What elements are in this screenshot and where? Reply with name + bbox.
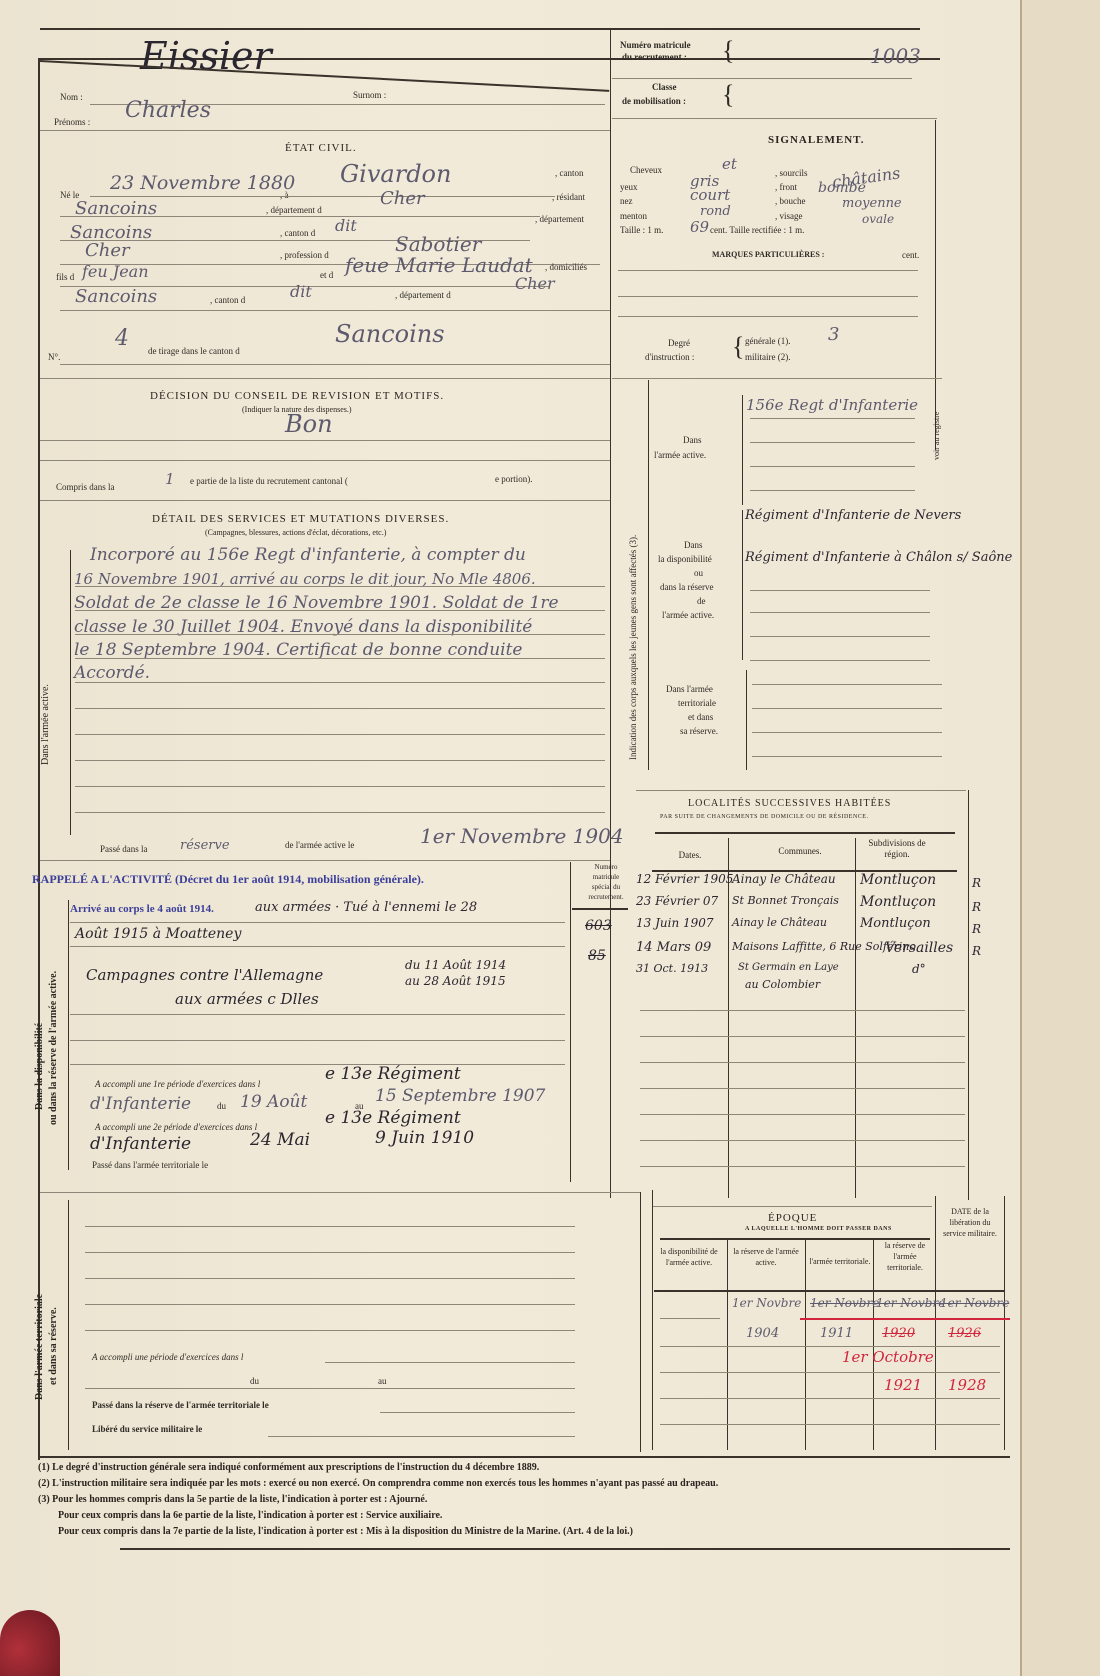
territoriale-label: territoriale — [678, 698, 716, 708]
rappel-line1-stamp: Arrivé au corps le 4 août 1914. — [70, 903, 214, 915]
rappel-stamp: RAPPELÉ A L'ACTIVITÉ (Décret du 1er août… — [32, 872, 424, 887]
services-rule — [75, 708, 605, 709]
localite-subdivision: Montluçon — [860, 872, 936, 888]
localite-date: 12 Février 1905 — [636, 872, 733, 886]
terr-rule — [85, 1304, 575, 1305]
departement-label: , département d — [266, 205, 322, 215]
rappel-rule — [70, 1064, 565, 1065]
instruction-label-2: d'instruction : — [645, 352, 694, 362]
epoque-col-div — [1004, 1196, 1005, 1450]
service-line: Incorporé au 156e Regt d'infanterie, à c… — [90, 545, 526, 565]
rappel-side-label-2: ou dans la réserve de l'armée active. — [48, 971, 59, 1125]
ne-le-value: 23 Novembre 1880 — [110, 172, 295, 194]
fils-label: fils d — [56, 272, 74, 282]
services-rule — [75, 734, 605, 735]
service-line: Accordé. — [74, 663, 150, 683]
prenoms-label: Prénoms : — [54, 117, 90, 127]
localite-subdivision: Versailles — [885, 940, 953, 956]
brace-icon: { — [732, 332, 744, 362]
services-subtitle: (Campagnes, blessures, actions d'éclat, … — [205, 528, 386, 537]
prenoms-value: Charles — [125, 98, 211, 123]
periode1-du-value: 19 Août — [240, 1092, 307, 1112]
corps-rule — [750, 418, 915, 419]
campagnes: Campagnes contre l'Allemagne — [86, 966, 323, 984]
localite-subdivision: Montluçon — [860, 916, 931, 931]
epoque-col: DATE de la libération du service militai… — [938, 1206, 1002, 1239]
epoque-value: 1926 — [948, 1326, 981, 1341]
departement3-value: Cher — [515, 274, 555, 293]
thumb-edge — [0, 1610, 60, 1676]
active-label: l'armée active. — [654, 450, 706, 460]
services-bracket — [70, 550, 71, 835]
epoque-value: 1920 — [882, 1326, 915, 1341]
taille-cent-end: cent. — [902, 250, 919, 260]
terr-side-label-1: Dans l'armée territoriale — [34, 1294, 45, 1400]
red-strike-line — [800, 1318, 1010, 1320]
rule-1 — [90, 196, 555, 197]
taille-label: Taille : 1 m. — [620, 225, 663, 235]
departement2-label: , département — [535, 214, 584, 224]
numero-value: 603 — [585, 918, 612, 934]
yeux-label: yeux — [620, 182, 638, 192]
rappel-rule — [70, 922, 565, 923]
footnote: Pour ceux compris dans la 6e partie de l… — [58, 1510, 442, 1521]
numero-col-div — [570, 862, 571, 1182]
localite-date: 13 Juin 1907 — [636, 916, 714, 930]
matricule-label-2: du recrutement : — [622, 52, 687, 62]
rule-11 — [40, 500, 610, 501]
localite-date: 14 Mars 09 — [636, 940, 711, 955]
rule-6 — [60, 310, 610, 311]
corps-rule — [750, 660, 930, 661]
terr-du: du — [250, 1376, 259, 1386]
terr-libere-label: Libéré du service militaire le — [92, 1424, 202, 1434]
marques-label: MARQUES PARTICULIÈRES : — [712, 250, 824, 259]
services-rule — [75, 634, 605, 635]
epoque-value: 1904 — [746, 1326, 779, 1341]
loc-rule — [640, 1088, 965, 1089]
terr-side-label-2: et dans sa réserve. — [48, 1307, 59, 1385]
domicile-value: Sancoins — [75, 286, 157, 307]
epoque-left — [652, 1190, 653, 1450]
rappel-bracket — [68, 900, 69, 1170]
terr-bracket — [746, 670, 747, 770]
tirage-label: de tirage dans le canton d — [148, 346, 240, 356]
service-line: le 18 Septembre 1904. Certificat de bonn… — [74, 640, 522, 660]
active-bracket — [742, 395, 743, 505]
nez-value: court — [690, 186, 730, 204]
epoque-col-rule — [654, 1290, 1004, 1292]
epoque-value: 1er Novbre — [876, 1296, 945, 1310]
epoque-title: ÉPOQUE — [768, 1212, 817, 1224]
localite-commune: St Germain en Laye — [738, 962, 839, 973]
epoque-subtitle: A LAQUELLE L'HOMME DOIT PASSER DANS — [745, 1226, 892, 1232]
classe-label-1: Classe — [652, 82, 677, 92]
right-divider — [935, 120, 936, 450]
epoque-value: 1er Novbre — [940, 1296, 1009, 1310]
decision-value: Bon — [285, 410, 333, 438]
disponibilite-label: ou — [694, 568, 703, 578]
epoque-col: l'armée territoriale. — [808, 1256, 872, 1267]
localites-head-rule — [655, 832, 955, 834]
signalement-title: SIGNALEMENT. — [768, 134, 864, 146]
localite-mark: R — [972, 944, 981, 958]
profession-label: , profession d — [280, 250, 329, 260]
terr-right-div — [640, 1192, 641, 1452]
services-side-label: Dans l'armée active. — [40, 684, 51, 765]
rappel-territoriale-label: Passé dans l'armée territoriale le — [92, 1160, 208, 1170]
taille-value: 69 — [690, 218, 709, 236]
localites-col-subdivisions: Subdivisions de région. — [862, 838, 932, 860]
rule-9 — [40, 440, 610, 441]
register-page: Eissier Nom : Surnom : Prénoms : Charles… — [0, 0, 1020, 1676]
disponibilite-label: dans la réserve — [660, 582, 713, 592]
epoque-top — [652, 1206, 932, 1207]
epoque-col: la réserve de l'armée territoriale. — [876, 1240, 934, 1273]
terr-rule — [85, 1226, 575, 1227]
localite-commune: St Bonnet Tronçais — [732, 894, 839, 907]
top-border — [40, 28, 920, 30]
menton-value: rond — [700, 204, 731, 219]
corps-rule — [752, 684, 942, 685]
loc-rule — [640, 1036, 965, 1037]
instruction-label-1: Degré — [668, 338, 690, 348]
periode1-du: du — [217, 1101, 226, 1111]
sourcils-label: , sourcils — [775, 168, 808, 178]
rappel-side-label-1: Dans la disponibilité — [34, 1023, 45, 1110]
localite-subdivision: d° — [912, 962, 926, 976]
classe-label-2: de mobilisation : — [622, 96, 686, 106]
loc-col-div — [855, 838, 856, 1198]
sig-rule — [618, 296, 918, 297]
disponibilite-label: de — [697, 596, 706, 606]
rappel-line1-hand: aux armées · Tué à l'ennemi le 28 — [255, 900, 477, 915]
services-title: DÉTAIL DES SERVICES ET MUTATIONS DIVERSE… — [152, 513, 449, 525]
disponibilite-label: Dans — [684, 540, 703, 550]
generale-label: générale (1). — [745, 336, 790, 346]
loc-rule — [640, 1062, 965, 1063]
periode1-line2: d'Infanterie — [90, 1094, 191, 1114]
loc-rule — [640, 1010, 965, 1011]
compris-value: 1 — [165, 470, 175, 488]
side-stamp: voir au registre — [932, 412, 941, 460]
footnote: (1) Le degré d'instruction générale sera… — [38, 1462, 539, 1473]
localite-mark: R — [972, 876, 981, 890]
rappel-rule — [70, 946, 565, 947]
footnote-rule — [40, 1456, 1010, 1458]
corps-rule — [752, 732, 942, 733]
canton-label: , canton — [555, 168, 584, 178]
terr-rule — [85, 1278, 575, 1279]
footnote: (3) Pour les hommes compris dans la 5e p… — [38, 1494, 427, 1505]
instr-rule — [612, 378, 942, 379]
territoriale-label: Dans l'armée — [666, 684, 713, 694]
localite-commune: Ainay le Château — [732, 872, 836, 886]
localites-col-communes: Communes. — [760, 846, 840, 857]
main-divider — [610, 28, 611, 1198]
cheveux-label: Cheveux — [630, 165, 662, 175]
epoque-value: 1911 — [820, 1326, 853, 1341]
sig-rule — [618, 316, 918, 317]
terr-rule — [85, 1388, 575, 1389]
epoque-correction: 1928 — [948, 1376, 986, 1394]
epoque-value: 1er Novbre — [810, 1296, 879, 1310]
visage-value: ovale — [862, 212, 894, 226]
corps-rule — [752, 708, 942, 709]
epoque-col: la disponibilité de l'armée active. — [654, 1246, 724, 1268]
localite-subdivision: Montluçon — [860, 894, 936, 910]
epoque-col-div — [727, 1240, 728, 1450]
menton-label: menton — [620, 211, 647, 221]
periode1-value: e 13e Régiment — [325, 1064, 461, 1084]
corps-rule — [750, 442, 915, 443]
corps-rule — [750, 490, 915, 491]
surnom-label: Surnom : — [353, 90, 386, 100]
epoque-rule — [660, 1398, 1000, 1399]
terr-bracket — [68, 1200, 69, 1450]
rule-12 — [40, 860, 610, 861]
front-value: bombé — [818, 180, 866, 196]
tirage-canton: Sancoins — [335, 320, 445, 348]
loc-col-div — [968, 790, 969, 1200]
departement2-value: Cher — [85, 240, 130, 261]
periode2-value: e 13e Régiment — [325, 1108, 461, 1128]
passe-value: réserve — [180, 838, 230, 853]
localite-commune: au Colombier — [745, 978, 820, 991]
loc-rule — [640, 1166, 965, 1167]
domicilies-label: , domiciliés — [545, 262, 587, 272]
sig-rule — [618, 270, 918, 271]
epoque-value: 1er Novbre — [732, 1296, 801, 1310]
disponibilite-value: Régiment d'Infanterie à Châlon s/ Saône — [745, 550, 1012, 565]
dispo-bracket — [742, 510, 743, 660]
epoque-col-div — [935, 1196, 936, 1450]
brace-icon: { — [722, 80, 734, 110]
epoque-rule — [660, 1372, 1000, 1373]
bottom-rule — [120, 1548, 1010, 1550]
a-label: , à — [280, 190, 289, 200]
active-label: Dans — [683, 435, 702, 445]
lieu-naissance: Givardon — [340, 160, 451, 188]
residant-label: , résidant — [552, 192, 585, 202]
numero-header: recrutement. — [578, 892, 634, 903]
tirage-no-label: N°. — [48, 352, 60, 362]
disponibilite-label: l'armée active. — [662, 610, 714, 620]
classe-rule — [612, 118, 937, 119]
loc-col-div — [728, 838, 729, 1198]
periode2-au-value: 9 Juin 1910 — [375, 1128, 474, 1148]
corps-rule — [750, 612, 930, 613]
epoque-rule — [660, 1346, 1000, 1347]
campagnes-au: au 28 Août 1915 — [405, 974, 506, 988]
periode2-du-value: 24 Mai — [250, 1130, 310, 1150]
terr-rule — [268, 1436, 575, 1437]
nom-label: Nom : — [60, 92, 83, 102]
bouche-label: , bouche — [775, 196, 806, 206]
periode2-line2: d'Infanterie — [90, 1134, 191, 1154]
compris-suffix: e partie de la liste du recrutement cant… — [190, 476, 348, 486]
services-rule — [75, 586, 605, 587]
passe-label: Passé dans la — [100, 844, 148, 854]
territoriale-label: et dans — [688, 712, 713, 722]
active-value: 156e Regt d'Infanterie — [746, 396, 918, 414]
terr-passe-label: Passé dans la réserve de l'armée territo… — [92, 1400, 269, 1410]
rule-2 — [60, 216, 540, 217]
militaire-label: militaire (2). — [745, 352, 790, 362]
services-rule — [75, 812, 605, 813]
loc-rule — [640, 1114, 965, 1115]
localite-mark: R — [972, 900, 981, 914]
corps-rule — [750, 636, 930, 637]
localite-commune: Ainay le Château — [732, 916, 827, 929]
tirage-no-value: 4 — [115, 326, 129, 351]
terr-rule — [85, 1252, 575, 1253]
canton2-label: , canton d — [280, 228, 315, 238]
nez-label: nez — [620, 196, 633, 206]
terr-rule — [85, 1330, 575, 1331]
pere-value: feu Jean — [82, 262, 149, 281]
corps-rule — [750, 466, 915, 467]
numero-head-rule — [572, 908, 628, 910]
bouche-value: moyenne — [842, 196, 902, 211]
disponibilite-label: la disponibilité — [658, 554, 712, 564]
prenoms-rule — [40, 130, 610, 131]
epoque-correction: 1921 — [884, 1376, 922, 1394]
footnote: (2) L'instruction militaire sera indiqué… — [38, 1478, 718, 1489]
corps-rule — [750, 590, 930, 591]
adjacent-page-edge — [1020, 0, 1100, 1676]
localites-col-dates: Dates. — [660, 850, 720, 861]
epoque-rule — [660, 1318, 720, 1319]
campagnes-armees: aux armées c Dlles — [175, 990, 319, 1008]
front-label: , front — [775, 182, 797, 192]
rule-13 — [40, 1192, 640, 1193]
services-rule — [75, 760, 605, 761]
corps-rule — [752, 756, 942, 757]
mere-value: feue Marie Laudat — [345, 253, 533, 277]
departement-value: Cher — [380, 188, 425, 209]
rappel-rule — [70, 1040, 565, 1041]
generale-value: 3 — [828, 324, 839, 345]
periode1-label: A accompli une 1re période d'exercices d… — [95, 1079, 260, 1089]
taille-cent-label: cent. Taille rectifiée : 1 m. — [710, 225, 804, 235]
matricule-rule — [612, 78, 912, 79]
terr-rule — [380, 1412, 575, 1413]
campagnes-du: du 11 Août 1914 — [405, 958, 506, 972]
decision-title: DÉCISION DU CONSEIL DE REVISION ET MOTIF… — [150, 390, 444, 402]
portion-suffix: e portion). — [495, 474, 533, 484]
canton3-value: dit — [290, 282, 312, 301]
localites-subtitle: PAR SUITE DE CHANGEMENTS DE DOMICILE OU … — [660, 814, 868, 820]
etat-civil-title: ÉTAT CIVIL. — [285, 142, 357, 154]
services-rule — [75, 658, 605, 659]
canton3-label: , canton d — [210, 295, 245, 305]
terr-rule — [325, 1362, 575, 1363]
epoque-col-div — [805, 1240, 806, 1450]
passe-suffix: de l'armée active le — [285, 840, 354, 850]
loc-rule — [640, 1140, 965, 1141]
numero-value: 85 — [588, 948, 606, 964]
terr-au: au — [378, 1376, 387, 1386]
localite-mark: R — [972, 922, 981, 936]
rule-8 — [40, 378, 610, 379]
departement3-label: , département d — [395, 290, 451, 300]
services-rule — [75, 682, 605, 683]
disponibilite-value: Régiment d'Infanterie de Nevers — [745, 508, 961, 523]
epoque-col: la réserve de l'armée active. — [730, 1246, 802, 1268]
matricule-label-1: Numéro matricule — [620, 40, 691, 50]
corps-vertical-label: Indication des corps auxquels les jeunes… — [628, 535, 638, 760]
localites-top — [636, 790, 966, 791]
canton2-value: dit — [335, 216, 357, 235]
services-rule — [75, 610, 605, 611]
footnote: Pour ceux compris dans la 7e partie de l… — [58, 1526, 633, 1537]
rappel-rule — [70, 1014, 565, 1015]
rule-10 — [40, 460, 610, 461]
passe-date: 1er Novembre 1904 — [420, 824, 624, 848]
localite-date: 31 Oct. 1913 — [636, 962, 708, 975]
brace-icon: { — [722, 36, 734, 66]
rule-7 — [60, 364, 610, 365]
mere-label: et d — [320, 270, 333, 280]
epoque-rule — [660, 1424, 1000, 1425]
periode1-au-value: 15 Septembre 1907 — [375, 1086, 545, 1106]
epoque-col-div — [873, 1240, 874, 1450]
corps-divider — [648, 380, 649, 770]
compris-label: Compris dans la — [56, 482, 115, 492]
terr-periode-label: A accompli une période d'exercices dans … — [92, 1352, 243, 1362]
matricule-value: 1003 — [870, 44, 921, 68]
rappel-line2: Août 1915 à Moatteney — [75, 926, 241, 942]
epoque-correction: 1er Octobre — [842, 1348, 934, 1366]
services-rule — [75, 786, 605, 787]
cheveux-value: et — [722, 155, 737, 173]
territoriale-label: sa réserve. — [680, 726, 718, 736]
visage-label: , visage — [775, 211, 803, 221]
periode2-label: A accompli une 2e période d'exercices da… — [95, 1122, 257, 1132]
localites-title: LOCALITÉS SUCCESSIVES HABITÉES — [688, 798, 891, 809]
localite-date: 23 Février 07 — [636, 894, 718, 908]
